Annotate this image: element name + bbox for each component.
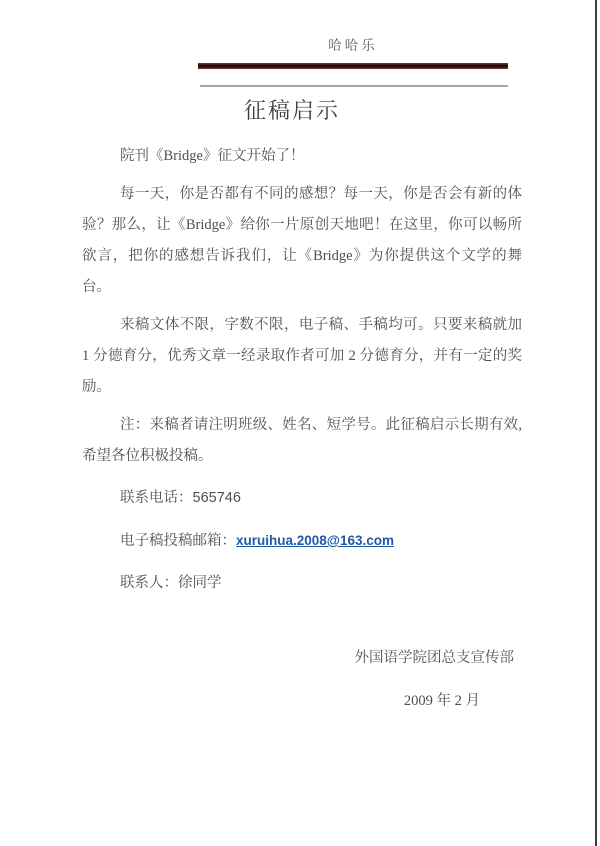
contact-person-label: 联系人： <box>120 575 178 591</box>
notice-title: 征稿启示 <box>82 95 502 127</box>
header-thick-thin-border <box>198 63 508 69</box>
contact-phone-label: 联系电话： <box>120 490 193 506</box>
paragraph-intro: 每一天，你是否都有不同的感想？每一天，你是否会有新的体验？那么，让《Bridge… <box>82 179 522 303</box>
contact-person-name: 徐同学 <box>178 575 222 591</box>
signature-date: 2009 年 2 月 <box>82 686 522 717</box>
email-link[interactable]: xuruihua.2008@163.com <box>236 533 394 548</box>
paragraph-submission-rules: 来稿文体不限，字数不限，电子稿、手稿均可。只要来稿就加 1 分德育分，优秀文章一… <box>82 310 522 403</box>
signature-department: 外国语学院团总支宣传部 <box>82 643 522 674</box>
journal-name-text: 哈哈乐 <box>198 36 508 63</box>
contact-email-line: 电子稿投稿邮箱：xuruihua.2008@163.com <box>82 525 522 557</box>
signature-block: 外国语学院团总支宣传部 2009 年 2 月 <box>82 643 522 717</box>
contact-person-line: 联系人：徐同学 <box>82 568 522 599</box>
paragraph-note: 注：来稿者请注明班级、姓名、短学号。此征稿启示长期有效,希望各位积极投稿。 <box>82 410 522 472</box>
page-right-edge-line <box>595 0 597 846</box>
paragraph-opening: 院刊《Bridge》征文开始了！ <box>82 141 522 172</box>
header-gray-rule <box>200 85 508 87</box>
contact-phone-line: 联系电话：565746 <box>82 483 522 514</box>
document-body: 征稿启示 院刊《Bridge》征文开始了！ 每一天，你是否都有不同的感想？每一天… <box>82 95 522 717</box>
document-page: { "colors": { "body_text": "#4f4f4f", "t… <box>0 0 600 846</box>
contact-email-label: 电子稿投稿邮箱： <box>120 533 236 549</box>
contact-phone-number: 565746 <box>193 490 241 506</box>
journal-header: 哈哈乐 <box>198 36 508 69</box>
